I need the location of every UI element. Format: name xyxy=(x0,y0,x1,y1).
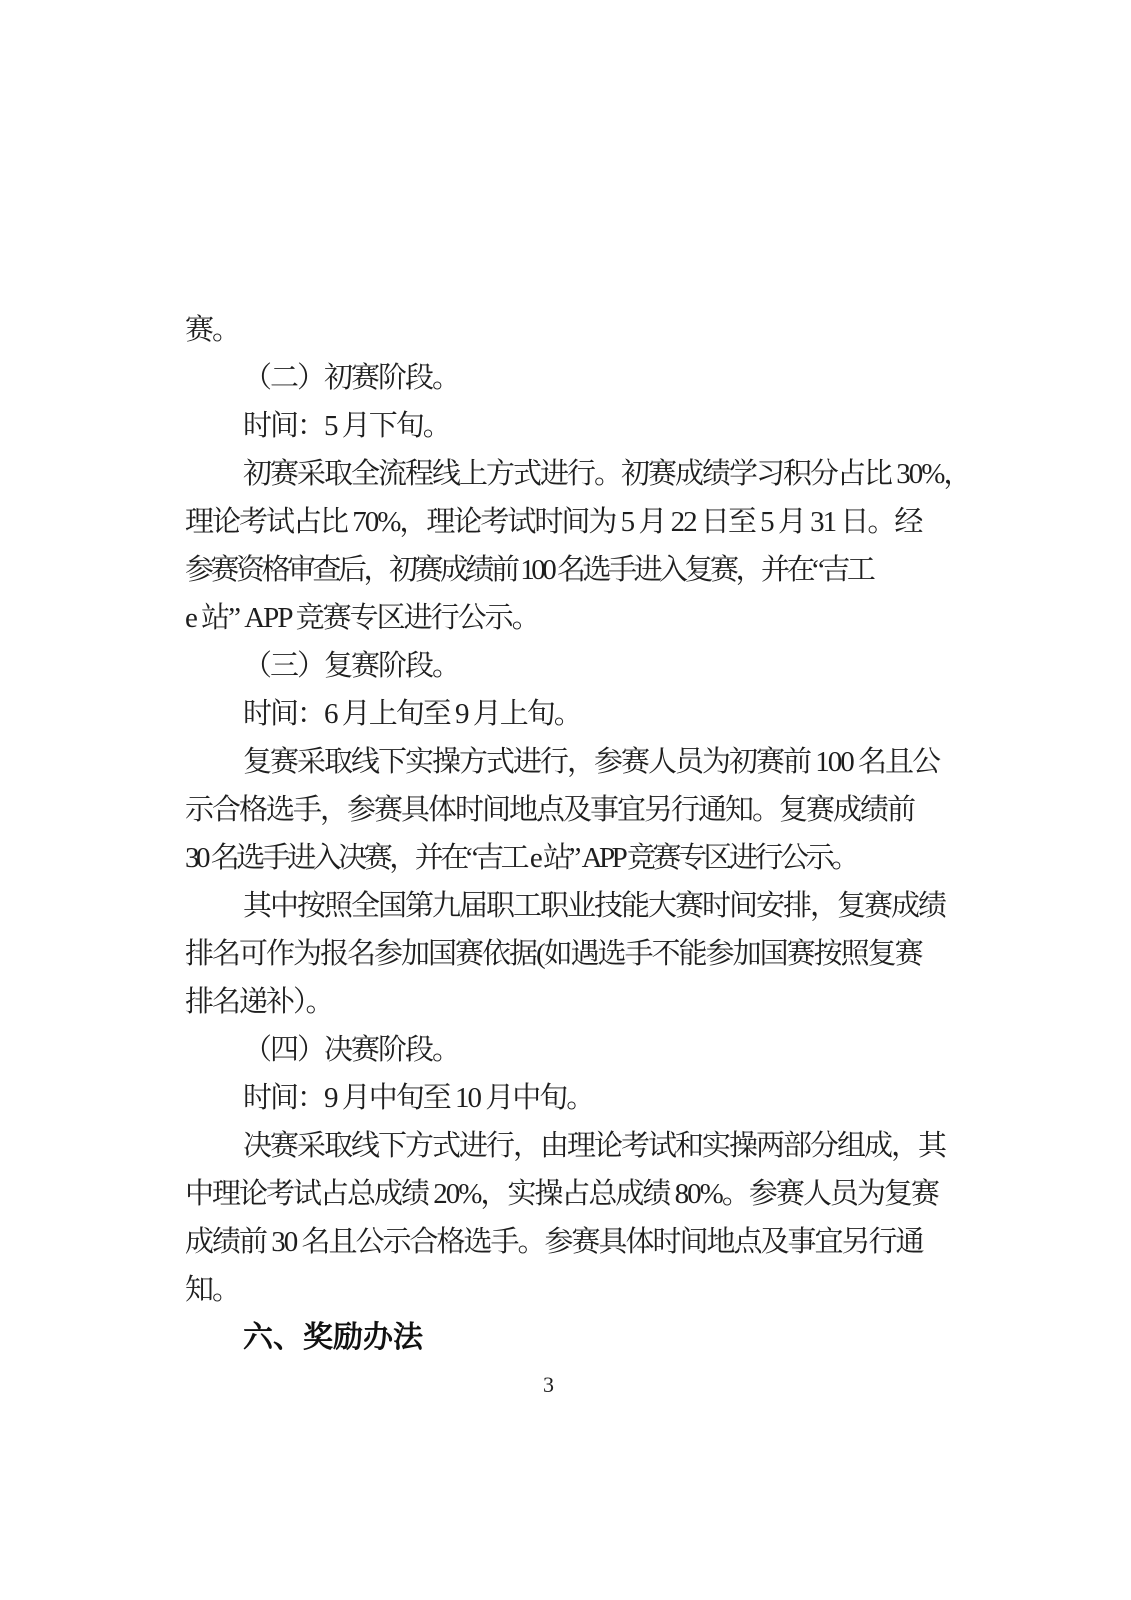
body-line: 30 名选手进入决赛，并在“吉工 e 站” APP 竞赛专区进行公示。 xyxy=(185,834,912,882)
body-line: 初赛采取全流程线上方式进行。初赛成绩学习积分占比 30%， xyxy=(185,450,912,498)
body-line: 其中按照全国第九届职工职业技能大赛时间安排，复赛成绩 xyxy=(185,882,912,930)
body-line: （二）初赛阶段。 xyxy=(185,354,912,402)
body-line: 知。 xyxy=(185,1266,912,1314)
document-page: 赛。 （二）初赛阶段。 时间：5 月下旬。 初赛采取全流程线上方式进行。初赛成绩… xyxy=(0,0,1131,1600)
body-line: 排名递补）。 xyxy=(185,978,912,1026)
body-line: e 站” APP 竞赛专区进行公示。 xyxy=(185,594,912,642)
body-line: 决赛采取线下方式进行，由理论考试和实操两部分组成，其 xyxy=(185,1122,912,1170)
body-line: 排名可作为报名参加国赛依据(如遇选手不能参加国赛按照复赛 xyxy=(185,930,912,978)
body-line: 时间：9 月中旬至 10 月中旬。 xyxy=(185,1074,912,1122)
document-body: 赛。 （二）初赛阶段。 时间：5 月下旬。 初赛采取全流程线上方式进行。初赛成绩… xyxy=(185,306,912,1362)
page-number: 3 xyxy=(185,1372,912,1398)
body-line: （四）决赛阶段。 xyxy=(185,1026,912,1074)
body-line: 赛。 xyxy=(185,306,912,354)
body-line: （三）复赛阶段。 xyxy=(185,642,912,690)
section-heading: 六、奖励办法 xyxy=(185,1314,912,1362)
body-line: 复赛采取线下实操方式进行，参赛人员为初赛前 100 名且公 xyxy=(185,738,912,786)
body-line: 中理论考试占总成绩 20%，实操占总成绩 80%。参赛人员为复赛 xyxy=(185,1170,912,1218)
body-line: 成绩前 30 名且公示合格选手。参赛具体时间地点及事宜另行通 xyxy=(185,1218,912,1266)
body-line: 参赛资格审查后，初赛成绩前 100 名选手进入复赛，并在“吉工 xyxy=(185,546,912,594)
body-line: 时间：5 月下旬。 xyxy=(185,402,912,450)
body-line: 示合格选手，参赛具体时间地点及事宜另行通知。复赛成绩前 xyxy=(185,786,912,834)
body-line: 理论考试占比 70%，理论考试时间为 5 月 22 日至 5 月 31 日。经 xyxy=(185,498,912,546)
body-line: 时间：6 月上旬至 9 月上旬。 xyxy=(185,690,912,738)
